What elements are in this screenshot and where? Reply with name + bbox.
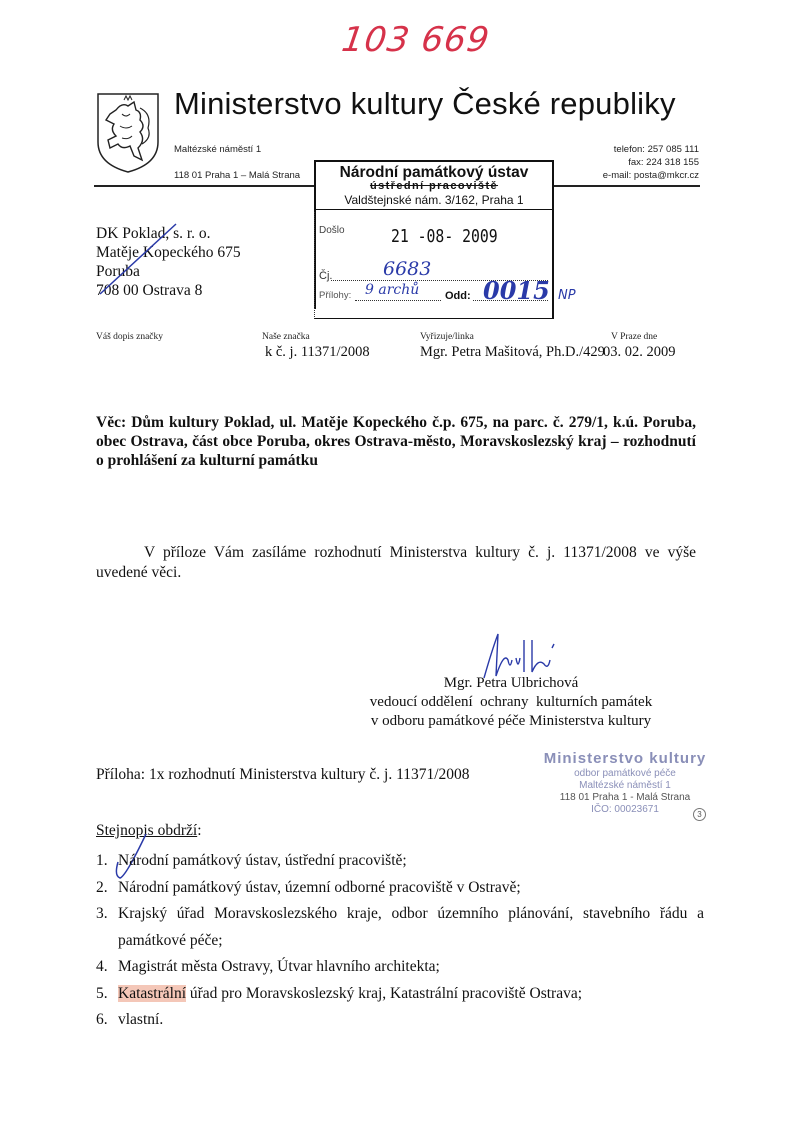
stamp-attachments-label: Přílohy: <box>319 290 351 301</box>
item-number: 3. <box>96 901 108 928</box>
item-number: 4. <box>96 954 108 981</box>
list-item: 5.Katastrální úřad pro Moravskoslezský k… <box>96 981 704 1008</box>
stamp-number-circle: 3 <box>693 808 706 821</box>
highlighted-text: Katastrální <box>118 985 186 1002</box>
item-text: Národní památkový ústav, územní odborné … <box>118 879 521 896</box>
pen-strike-mark <box>92 220 182 300</box>
date-value: 03. 02. 2009 <box>603 344 676 361</box>
item-text: Národní památkový ústav, ústřední pracov… <box>118 852 407 869</box>
stamp-body: Došlo 21 -08- 2009 Čj. 6683 Přílohy: 9 a… <box>314 212 554 319</box>
stamp-received-label: Došlo <box>319 225 345 236</box>
item-number: 2. <box>96 875 108 902</box>
handled-by-value: Mgr. Petra Mašitová, Ph.D./429 <box>420 344 605 361</box>
handwritten-registration-number: 103 669 <box>339 20 492 60</box>
stamp-received-date: 21 -08- 2009 <box>391 226 498 247</box>
email: e-mail: posta@mkcr.cz <box>603 169 699 182</box>
list-item: 6.vlastní. <box>96 1007 704 1034</box>
ministry-address-line2: 118 01 Praha 1 – Malá Strana <box>174 170 300 181</box>
copies-heading-colon: : <box>197 822 201 839</box>
signer-position-line2: v odboru památkové péče Ministerstva kul… <box>356 712 666 731</box>
letter-subject: Věc: Dům kultury Poklad, ul. Matěje Kope… <box>96 413 696 470</box>
ministry-contact: telefon: 257 085 111 fax: 224 318 155 e-… <box>603 143 699 182</box>
coat-of-arms-icon <box>96 92 160 174</box>
our-ref-label: Naše značka <box>262 332 310 342</box>
department-stamp: Ministerstvo kultury odbor památkové péč… <box>530 750 720 816</box>
stamp-dept-value: 0015 <box>483 276 550 305</box>
dept-stamp-line2: odbor památkové péče <box>530 768 720 780</box>
date-label: V Praze dne <box>611 332 657 342</box>
our-ref-value: k č. j. 11371/2008 <box>265 344 370 361</box>
signer-position-line1: vedoucí oddělení ochrany kulturních pamá… <box>356 693 666 712</box>
list-item: 4.Magistrát města Ostravy, Útvar hlavníh… <box>96 954 704 981</box>
item-number: 5. <box>96 981 108 1008</box>
handwritten-initials: NP <box>558 288 576 303</box>
stamp-attachments-line <box>355 300 441 301</box>
stamp-address: Valdštejnské nám. 3/162, Praha 1 <box>316 193 552 210</box>
copies-list: 1.Národní památkový ústav, ústřední prac… <box>96 848 704 1034</box>
item-text: úřad pro Moravskoslezský kraj, Katastrál… <box>186 985 582 1002</box>
ministry-title: Ministerstvo kultury České republiky <box>174 86 676 122</box>
stamp-subtitle: ústřední pracoviště <box>316 180 552 192</box>
stamp-attachments-value: 9 archů <box>365 282 419 298</box>
item-text: Krajský úřad Moravskoslezského kraje, od… <box>118 905 704 949</box>
dept-stamp-line1: Ministerstvo kultury <box>530 750 720 768</box>
item-text: Magistrát města Ostravy, Útvar hlavního … <box>118 958 440 975</box>
ministry-address-line1: Maltézské náměstí 1 <box>174 144 261 155</box>
attachment-note: Příloha: 1x rozhodnutí Ministerstva kult… <box>96 766 470 784</box>
phone: telefon: 257 085 111 <box>603 143 699 156</box>
signature-block: Mgr. Petra Ulbrichová vedoucí oddělení o… <box>356 674 666 731</box>
stamp-dept-label: Odd: <box>445 290 471 302</box>
registry-stamp: Národní památkový ústav ústřední pracovi… <box>314 160 554 309</box>
handwritten-signature <box>478 630 578 680</box>
dept-stamp-line5: IČO: 00023671 <box>530 804 720 816</box>
list-item: 1.Národní památkový ústav, ústřední prac… <box>96 848 704 875</box>
item-text: vlastní. <box>118 1011 163 1028</box>
list-item: 3.Krajský úřad Moravskoslezského kraje, … <box>96 901 704 954</box>
item-number: 6. <box>96 1007 108 1034</box>
list-item: 2.Národní památkový ústav, územní odborn… <box>96 875 704 902</box>
letter-body: V příloze Vám zasíláme rozhodnutí Minist… <box>96 543 696 583</box>
stamp-cj-value: 6683 <box>383 258 431 280</box>
handled-by-label: Vyřizuje/linka <box>420 332 474 342</box>
dept-stamp-line4: 118 01 Praha 1 - Malá Strana <box>530 792 720 804</box>
your-letter-label: Váš dopis značky <box>96 332 163 342</box>
dept-stamp-line3: Maltézské náměstí 1 <box>530 780 720 792</box>
signer-name: Mgr. Petra Ulbrichová <box>356 674 666 693</box>
fax: fax: 224 318 155 <box>603 156 699 169</box>
item-number: 1. <box>96 848 108 875</box>
